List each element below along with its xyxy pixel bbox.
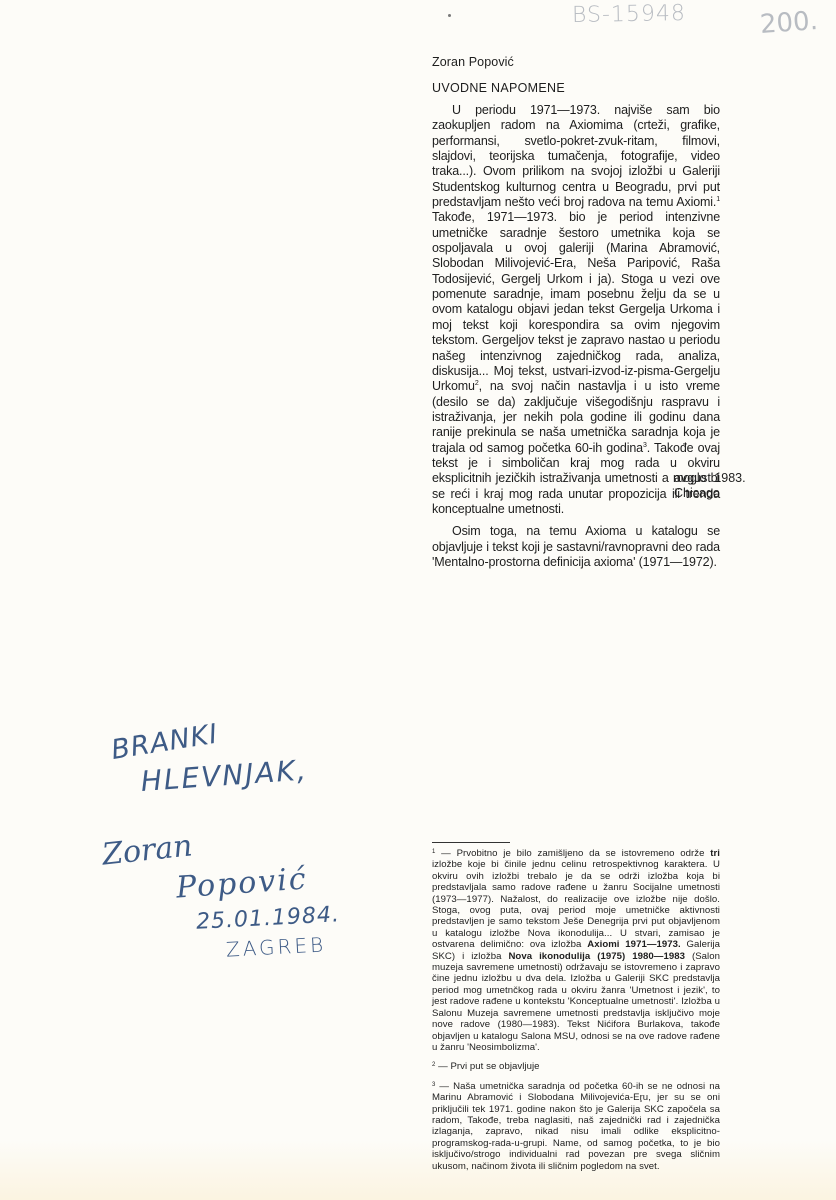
footnote-3: 3 — Naša umetnička saradnja od početka 6…	[432, 1081, 720, 1172]
footnote-2: 2 — Prvi put se objavljuje	[432, 1061, 720, 1072]
footnotes: 1 — Prvobitno je bilo zamišljeno da se i…	[432, 848, 720, 1172]
dedication-line: BRANKI	[109, 719, 220, 766]
paper-speck	[448, 14, 451, 17]
footnote-divider	[432, 842, 510, 843]
signoff-place: Chicago	[674, 486, 746, 501]
dedication-date: 25.01.1984.	[195, 902, 340, 935]
body-paragraph: Osim toga, na temu Axioma u katalogu se …	[432, 524, 720, 570]
body-paragraph: U periodu 1971—1973. najviše sam bio zao…	[432, 103, 720, 517]
signature-first-name: Zoran	[100, 828, 194, 872]
price-mark: 200.	[759, 6, 819, 40]
dedication-line: HLEVNJAK,	[140, 753, 309, 798]
footnote-ref[interactable]: 1	[716, 196, 720, 203]
signoff: avgust 1983. Chicago	[674, 471, 746, 501]
article-author: Zoran Popović	[432, 55, 514, 69]
archive-number-mark: BS-15948	[572, 1, 686, 28]
signoff-date: avgust 1983.	[674, 471, 746, 486]
dedication-place: ZAGREB	[225, 932, 326, 961]
signature-last-name: Popović	[175, 861, 309, 905]
article-title: UVODNE NAPOMENE	[432, 81, 565, 95]
footnote-1: 1 — Prvobitno je bilo zamišljeno da se i…	[432, 848, 720, 1053]
